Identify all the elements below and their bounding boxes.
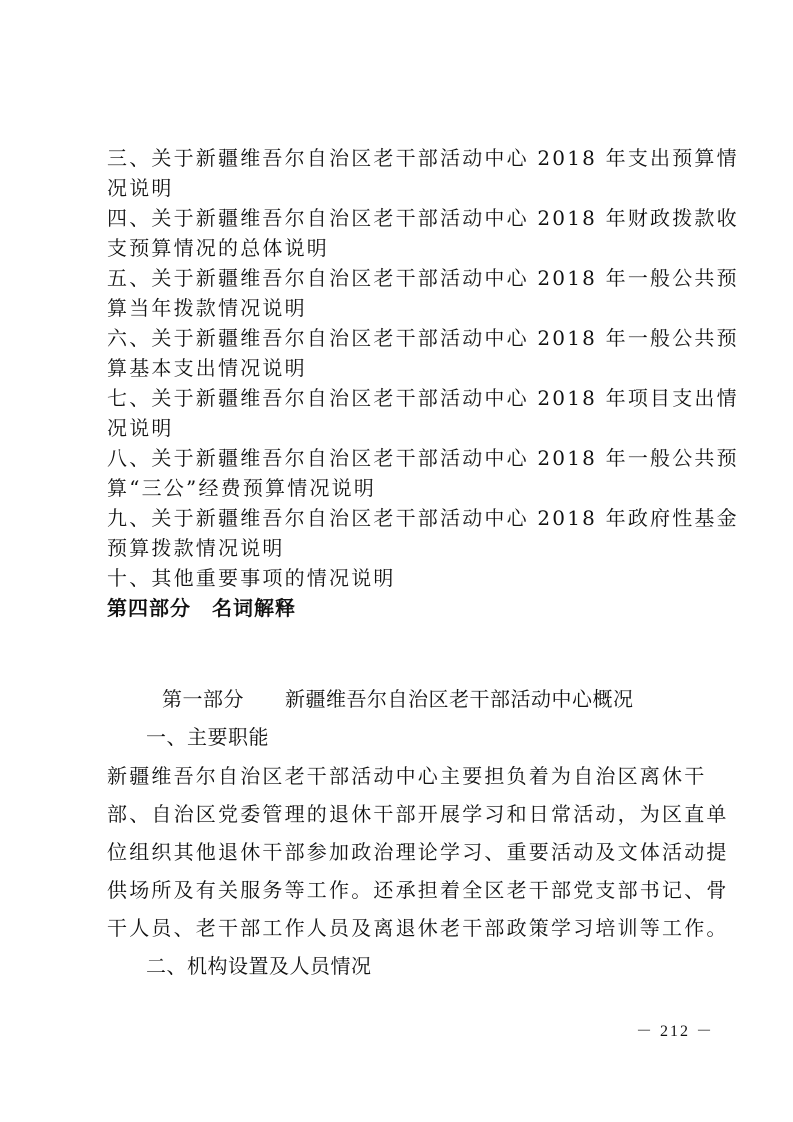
paragraph-line: 位组织其他退休干部参加政治理论学习、重要活动及文体活动提 — [107, 837, 729, 867]
page-number: － 212 － — [636, 1018, 714, 1041]
toc-item-5-line-2: 算当年拨款情况说明 — [107, 293, 307, 323]
paragraph-line: 供场所及有关服务等工作。还承担着全区老干部党支部书记、骨 — [107, 875, 729, 905]
toc-item-6-line-2: 算基本支出情况说明 — [107, 353, 307, 383]
toc-item-6-line-1: 六、关于新疆维吾尔自治区老干部活动中心 2018 年一般公共预 — [107, 323, 739, 353]
section-title: 第一部分 新疆维吾尔自治区老干部活动中心概况 — [162, 684, 634, 714]
toc-item-4-line-2: 支预算情况的总体说明 — [107, 233, 329, 263]
toc-item-8-line-2: 算“三公”经费预算情况说明 — [107, 473, 376, 503]
paragraph-line: 新疆维吾尔自治区老干部活动中心主要担负着为自治区离休干 — [107, 761, 706, 791]
subheading-organization: 二、机构设置及人员情况 — [146, 951, 372, 981]
toc-item-3-line-2: 况说明 — [107, 173, 174, 203]
toc-item-10: 十、其他重要事项的情况说明 — [107, 563, 396, 593]
paragraph-line: 部、自治区党委管理的退休干部开展学习和日常活动，为区直单 — [107, 799, 729, 829]
toc-item-7-line-2: 况说明 — [107, 413, 174, 443]
toc-item-7-line-1: 七、关于新疆维吾尔自治区老干部活动中心 2018 年项目支出情 — [107, 383, 739, 413]
toc-item-8-line-1: 八、关于新疆维吾尔自治区老干部活动中心 2018 年一般公共预 — [107, 443, 739, 473]
paragraph-line: 干人员、老干部工作人员及离退休老干部政策学习培训等工作。 — [107, 913, 729, 943]
toc-item-9-line-2: 预算拨款情况说明 — [107, 533, 285, 563]
toc-item-9-line-1: 九、关于新疆维吾尔自治区老干部活动中心 2018 年政府性基金 — [107, 503, 739, 533]
toc-item-5-line-1: 五、关于新疆维吾尔自治区老干部活动中心 2018 年一般公共预 — [107, 263, 739, 293]
subheading-main-functions: 一、主要职能 — [146, 722, 269, 752]
part4-heading: 第四部分 名词解释 — [107, 593, 296, 623]
toc-item-3-line-1: 三、关于新疆维吾尔自治区老干部活动中心 2018 年支出预算情 — [107, 143, 739, 173]
toc-item-4-line-1: 四、关于新疆维吾尔自治区老干部活动中心 2018 年财政拨款收 — [107, 203, 739, 233]
